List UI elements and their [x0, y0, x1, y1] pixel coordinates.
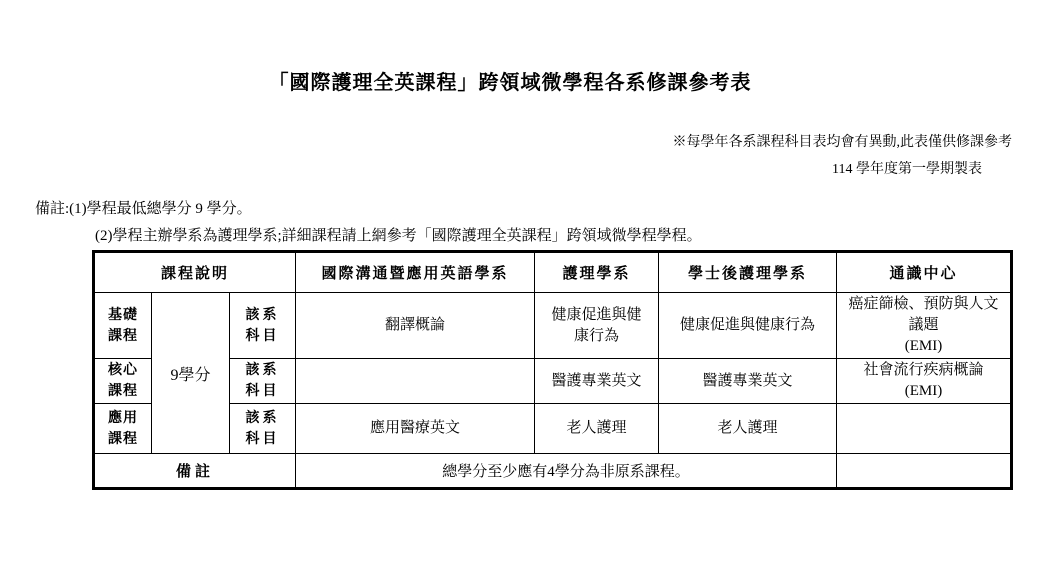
- table-footer-row: 備註 總學分至少應有4學分為非原系課程。: [94, 454, 1012, 489]
- cell-core-general-center: 社會流行疾病概論 (EMI): [837, 359, 1012, 404]
- header-dept-english: 國際溝通暨應用英語學系: [296, 252, 535, 293]
- cell-subject-label-core: 該系 科目: [230, 359, 296, 404]
- top-right-notes: ※每學年各系課程科目表均會有異動,此表僅供修課參考 114 學年度第一學期製表: [673, 129, 1013, 183]
- header-dept-nursing: 護理學系: [535, 252, 659, 293]
- cell-applied-dept-post-bacc-nursing: 老人護理: [659, 404, 837, 454]
- cell-subject-label-basic: 該系 科目: [230, 293, 296, 359]
- cell-core-dept-english: [296, 359, 535, 404]
- cell-subject-label-applied: 該系 科目: [230, 404, 296, 454]
- cell-footer-empty: [837, 454, 1012, 489]
- note-disclaimer: ※每學年各系課程科目表均會有異動,此表僅供修課參考: [673, 129, 1013, 156]
- cell-applied-dept-english: 應用醫療英文: [296, 404, 535, 454]
- cell-core-dept-post-bacc-nursing: 醫護專業英文: [659, 359, 837, 404]
- cell-basic-dept-post-bacc-nursing: 健康促進與健康行為: [659, 293, 837, 359]
- header-dept-post-bacc-nursing: 學士後護理學系: [659, 252, 837, 293]
- cell-core-dept-nursing: 醫護專業英文: [535, 359, 659, 404]
- cell-basic-general-center: 癌症篩檢、預防與人文 議題 (EMI): [837, 293, 1012, 359]
- cell-footer-note: 總學分至少應有4學分為非原系課程。: [296, 454, 837, 489]
- remark-line-1: 備註:(1)學程最低總學分 9 學分。: [35, 196, 702, 223]
- cell-applied-dept-nursing: 老人護理: [535, 404, 659, 454]
- cell-total-credits: 9學分: [152, 293, 230, 454]
- table-row-basic-courses: 基礎 課程 9學分 該系 科目 翻譯概論 健康促進與健 康行為 健康促進與健康行…: [94, 293, 1012, 359]
- remark-line-2: (2)學程主辦學系為護理學系;詳細課程請上網參考「國際護理全英課程」跨領域微學程…: [95, 223, 702, 250]
- page-title: 「國際護理全英課程」跨領域微學程各系修課參考表: [5, 66, 1015, 95]
- course-reference-table: 課程說明 國際溝通暨應用英語學系 護理學系 學士後護理學系 通識中心 基礎 課程…: [92, 250, 1013, 490]
- cell-category-core: 核心 課程: [94, 359, 152, 404]
- header-course-description: 課程說明: [94, 252, 296, 293]
- header-general-center: 通識中心: [837, 252, 1012, 293]
- cell-applied-general-center: [837, 404, 1012, 454]
- table-row-core-courses: 核心 課程 該系 科目 醫護專業英文 醫護專業英文 社會流行疾病概論 (EMI): [94, 359, 1012, 404]
- cell-category-applied: 應用 課程: [94, 404, 152, 454]
- cell-basic-dept-nursing: 健康促進與健 康行為: [535, 293, 659, 359]
- table-header-row: 課程說明 國際溝通暨應用英語學系 護理學系 學士後護理學系 通識中心: [94, 252, 1012, 293]
- cell-footer-label: 備註: [94, 454, 296, 489]
- cell-basic-dept-english: 翻譯概論: [296, 293, 535, 359]
- remarks-block: 備註:(1)學程最低總學分 9 學分。 (2)學程主辦學系為護理學系;詳細課程請…: [35, 196, 702, 250]
- table-row-applied-courses: 應用 課程 該系 科目 應用醫療英文 老人護理 老人護理: [94, 404, 1012, 454]
- document-page: 「國際護理全英課程」跨領域微學程各系修課參考表 ※每學年各系課程科目表均會有異動…: [0, 0, 1061, 586]
- cell-category-basic: 基礎 課程: [94, 293, 152, 359]
- note-date-line: 114 學年度第一學期製表: [673, 156, 1013, 183]
